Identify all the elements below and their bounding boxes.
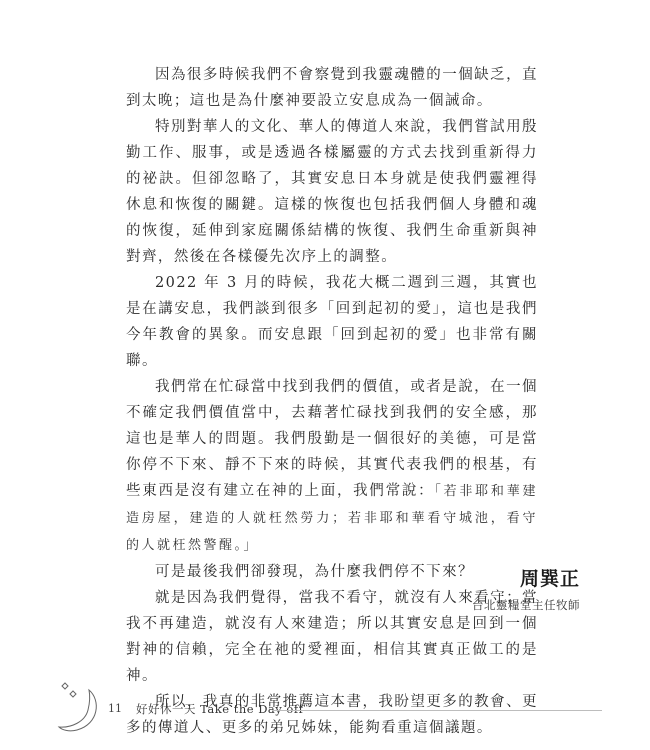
paragraph-4-text: 我們常在忙碌當中找到我們的價值，或者是說，在一個不確定我們價值當中，去藉著忙碌找… xyxy=(126,379,538,499)
page-footer: 11 好好休一天 Take the Day off xyxy=(0,680,650,740)
paragraph-2: 特別對華人的文化、華人的傳道人來說，我們嘗試用殷勤工作、服事，或是透過各樣屬靈的… xyxy=(126,114,538,270)
page-number: 11 xyxy=(108,702,122,715)
paragraph-3: 2022 年 3 月的時候，我花大概二週到三週，其實也是在講安息，我們談到很多「… xyxy=(126,270,538,374)
paragraph-1: 因為很多時候我們不會察覺到我靈魂體的一個缺乏，直到太晚；這也是為什麼神要設立安息… xyxy=(126,62,538,114)
footer-rule xyxy=(272,710,602,711)
running-title: 好好休一天 Take the Day off xyxy=(136,701,303,717)
page-body: 因為很多時候我們不會察覺到我靈魂體的一個缺乏，直到太晚；這也是為什麼神要設立安息… xyxy=(126,62,538,741)
author-title: 台北靈糧堂主任牧師 xyxy=(472,597,580,613)
paragraph-4: 我們常在忙碌當中找到我們的價值，或者是說，在一個不確定我們價值當中，去藉著忙碌找… xyxy=(126,374,538,559)
signature-block: 周巽正 台北靈糧堂主任牧師 xyxy=(472,564,580,613)
moon-stars-icon xyxy=(55,680,105,740)
author-name: 周巽正 xyxy=(472,564,580,591)
